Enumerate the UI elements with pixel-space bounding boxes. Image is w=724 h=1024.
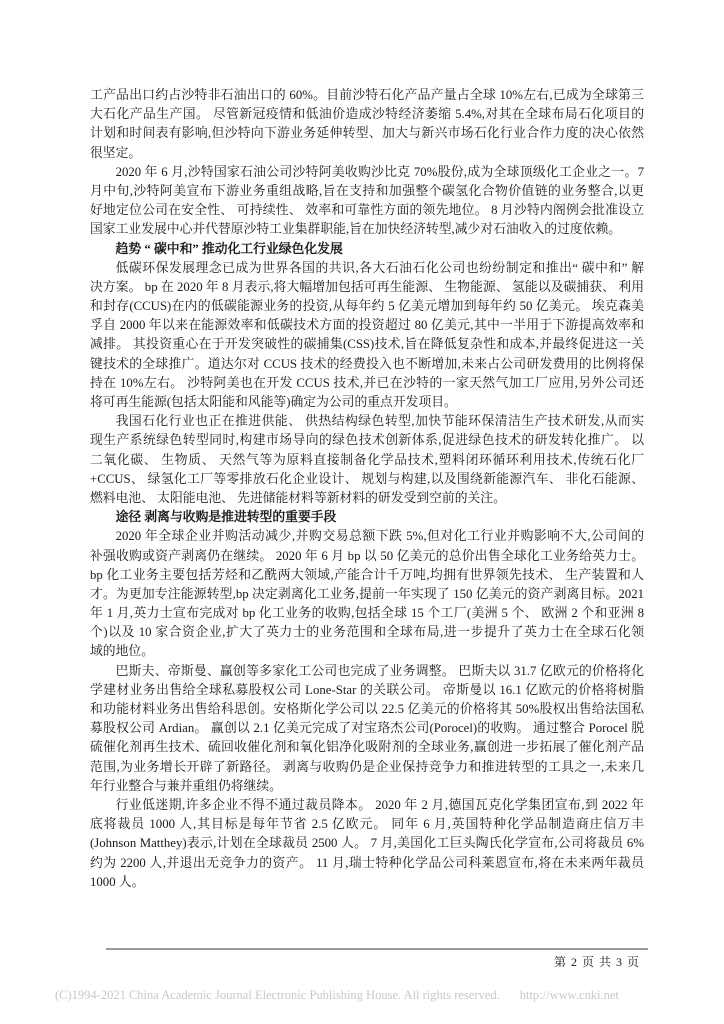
body-line: 和封存(CCUS)在内的低碳能源业务的投资,从每年约 5 亿美元增加到每年约 5… [90,297,644,316]
body-line: 现生产系统绿色转型同时,构建市场导向的绿色技术创新体系,促进绿色技术的研发转化推… [90,431,644,450]
body-line: 工产品出口约占沙特非石油出口的 60%。目前沙特石化产品产量占全球 10%左右,… [90,86,644,105]
body-line: 计划和时间表有影响,但沙特向下游业务延伸转型、加大与新兴市场石化行业合作力度的决… [90,124,644,143]
body-line: 募股权公司 Ardian。 赢创以 2.1 亿美元完成了对宝珞杰公司(Poroc… [90,719,644,738]
body-line: 键技术的全球推广。道达尔对 CCUS 技术的经费投入也不断增加,未来占公司研发费… [90,355,644,374]
body-line: 国家工业发展中心并代替原沙特工业集群职能,旨在加快经济转型,减少对石油收入的过度… [90,220,644,239]
body-line: bp 化工业务主要包括芳烃和乙酰两大领域,产能合计千万吨,均拥有世界领先技术、 … [90,566,644,585]
body-line: 域的地位。 [90,642,644,661]
body-line: 大石化产品生产国。 尽管新冠疫情和低油价造成沙特经济萎缩 5.4%,对其在全球布… [90,105,644,124]
body-line: 低碳环保发展理念已成为世界各国的共识,各大石油石化公司也纷纷制定和推出“ 碳中和… [90,259,644,278]
body-line: 才。为更加专注能源转型,bp 决定剥离化工业务,提前一年实现了 150 亿美元的… [90,585,644,604]
body-line: 年行业整合与兼并重组仍将继续。 [90,777,644,796]
body-line: 很坚定。 [90,144,644,163]
body-line: 行业低迷期,许多企业不得不通过裁员降本。 2020 年 2 月,德国瓦克化学集团… [90,796,644,815]
body-line: 持在 10%左右。 沙特阿美也在开发 CCUS 技术,并已在沙特的一家天然气加工… [90,374,644,393]
footer-divider [106,948,648,950]
body-line: 好地定位公司在安全性、 可持续性、 效率和可靠性方面的领先地位。 8 月沙特内阁… [90,201,644,220]
body-line: 孚自 2000 年以来在能源效率和低碳技术方面的投资超过 80 亿美元,其中一半… [90,316,644,335]
body-line: 巴斯夫、帝斯曼、赢创等多家化工公司也完成了业务调整。 巴斯夫以 31.7 亿欧元… [90,662,644,681]
cnki-url: http://www.cnki.net [520,988,619,1002]
body-line: (Johnson Matthey)表示,计划在全球裁员 2500 人。 7 月,… [90,834,644,853]
body-line: 约为 2200 人,并退出无竞争力的资产。 11 月,瑞士特种化学品公司科莱恩宣… [90,854,644,873]
body-line: 补强收购或资产剥离仍在继续。 2020 年 6 月 bp 以 50 亿美元的总价… [90,547,644,566]
body-line: 范围,为业务增长开辟了新路径。 剥离与收购仍是企业保持竞争力和推进转型的工具之一… [90,758,644,777]
body-line: 月中旬,沙特阿美宣布下游业务重组战略,旨在支持和加强整个碳氢化合物价值链的业务整… [90,182,644,201]
document-page: 工产品出口约占沙特非石油出口的 60%。目前沙特石化产品产量占全球 10%左右,… [0,0,724,1024]
body-line: 1000 人。 [90,873,644,892]
body-line: 将可再生能源(包括太阳能和风能等)确定为公司的重点开发项目。 [90,393,644,412]
body-line: 个)以及 10 家合资企业,扩大了英力士的业务范围和全球布局,进一步提升了英力士… [90,623,644,642]
page-number: 第 2 页 共 3 页 [106,953,640,970]
body-line: 燃料电池、 太阳能电池、 先进储能材料等新材料的研发受到空前的关注。 [90,489,644,508]
article-body: 工产品出口约占沙特非石油出口的 60%。目前沙特石化产品产量占全球 10%左右,… [90,86,644,892]
body-line: 底将裁员 1000 人,其目标是每年节省 2.5 亿欧元。 同年 6 月,英国特… [90,815,644,834]
body-line: 硫催化剂再生技术、硫回收催化剂和氧化铝净化吸附剂的全球业务,赢创进一步拓展了催化… [90,738,644,757]
body-line: 2020 年 6 月,沙特国家石油公司沙特阿美收购沙比克 70%股份,成为全球顶… [90,163,644,182]
body-line: +CCUS、 绿氢化工厂等零排放石化企业设计、 规划与构建,以及围绕新能源汽车、… [90,470,644,489]
body-line: 年 1 月,英力士宣布完成对 bp 化工业务的收购,包括全球 15 个工厂(美洲… [90,604,644,623]
body-line: 和功能材料业务出售给科思创。安格斯化学公司以 22.5 亿美元的价格将其 50%… [90,700,644,719]
body-line: 2020 年全球企业并购活动减少,并购交易总额下跌 5%,但对化工行业并购影响不… [90,527,644,546]
body-line: 我国石化行业也正在推进供能、 供热结构绿色转型,加快节能环保清洁生产技术研发,从… [90,412,644,431]
section-heading: 趋势 “ 碳中和” 推动化工行业绿色化发展 [90,240,644,259]
body-line: 决方案。 bp 在 2020 年 8 月表示,将大幅增加包括可再生能源、 生物能… [90,278,644,297]
copyright-text: (C)1994-2021 China Academic Journal Elec… [55,988,500,1002]
body-line: 减排。 其投资重心在于开发突破性的碳捕集(CSS)技术,旨在降低复杂性和成本,并… [90,335,644,354]
section-heading: 途径 剥离与收购是推进转型的重要手段 [90,508,644,527]
copyright-notice: (C)1994-2021 China Academic Journal Elec… [55,988,695,1003]
body-line: 二氧化碳、 生物质、 天然气等为原料直接制备化学品技术,塑料闭环循环利用技术,传… [90,451,644,470]
body-line: 学建材业务出售给全球私募股权公司 Lone-Star 的关联公司。 帝斯曼以 1… [90,681,644,700]
